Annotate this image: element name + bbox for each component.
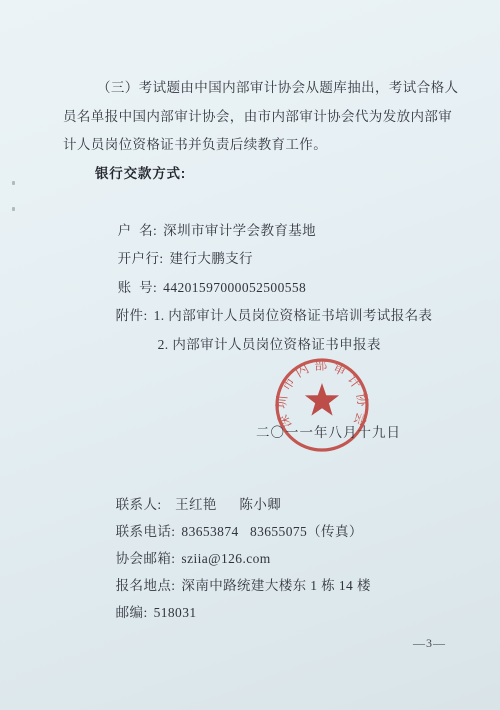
page-number: —3— <box>413 636 446 651</box>
contact-row-person: 联系人: 王红艳 陈小卿 <box>93 464 371 491</box>
document-date: 二〇一一年八月十九日 <box>256 419 401 447</box>
bank-row-label: 开户行: <box>118 251 164 266</box>
bank-row-label: 户 名: <box>118 223 158 238</box>
paragraph-line: 员名单报中国内部审计协会，由市内部审计协会代为发放内部审 <box>63 103 473 132</box>
bank-row-value: 深圳市审计学会教育基地 <box>163 223 316 238</box>
paragraph-line: 计人员岗位资格证书并负责后续教育工作。 <box>63 131 473 160</box>
bank-row-label: 账 号: <box>118 280 158 295</box>
contact-label: 联系人: <box>116 497 162 512</box>
scan-speck <box>12 207 15 211</box>
bank-row-value: 44201597000052500558 <box>163 280 306 295</box>
contact-value: 83653874 83655075（传真） <box>181 524 362 539</box>
contact-value: sziia@126.com <box>181 551 270 566</box>
bank-row-value: 建行大鹏支行 <box>170 251 253 266</box>
bank-section-heading: 银行交款方式: <box>95 160 473 189</box>
attachment-item: 1. 内部审计人员岗位资格证书培训考试报名表 <box>154 308 433 323</box>
attachments-label: 附件: <box>116 308 148 323</box>
contact-label: 邮编: <box>116 605 148 620</box>
scan-speck <box>12 181 15 185</box>
document-page: （三）考试题由中国内部审计协会从题库抽出，考试合格人 员名单报中国内部审计协会，… <box>0 0 500 710</box>
main-text-block: （三）考试题由中国内部审计协会从题库抽出，考试合格人 员名单报中国内部审计协会，… <box>63 74 473 331</box>
contact-label: 报名地点: <box>116 578 176 593</box>
seal-star-icon <box>305 383 339 416</box>
contact-value: 518031 <box>154 605 197 620</box>
contact-value: 深南中路统建大楼东 1 栋 14 楼 <box>181 578 370 593</box>
contact-label: 协会邮箱: <box>116 551 176 566</box>
paragraph-line: （三）考试题由中国内部审计协会从题库抽出，考试合格人 <box>63 74 473 103</box>
bank-row-account-name: 户 名:深圳市审计学会教育基地 <box>95 188 473 217</box>
contact-value: 王红艳 陈小卿 <box>168 497 282 512</box>
contact-block: 联系人: 王红艳 陈小卿 联系电话:83653874 83655075（传真） … <box>93 464 371 599</box>
contact-label: 联系电话: <box>116 524 176 539</box>
